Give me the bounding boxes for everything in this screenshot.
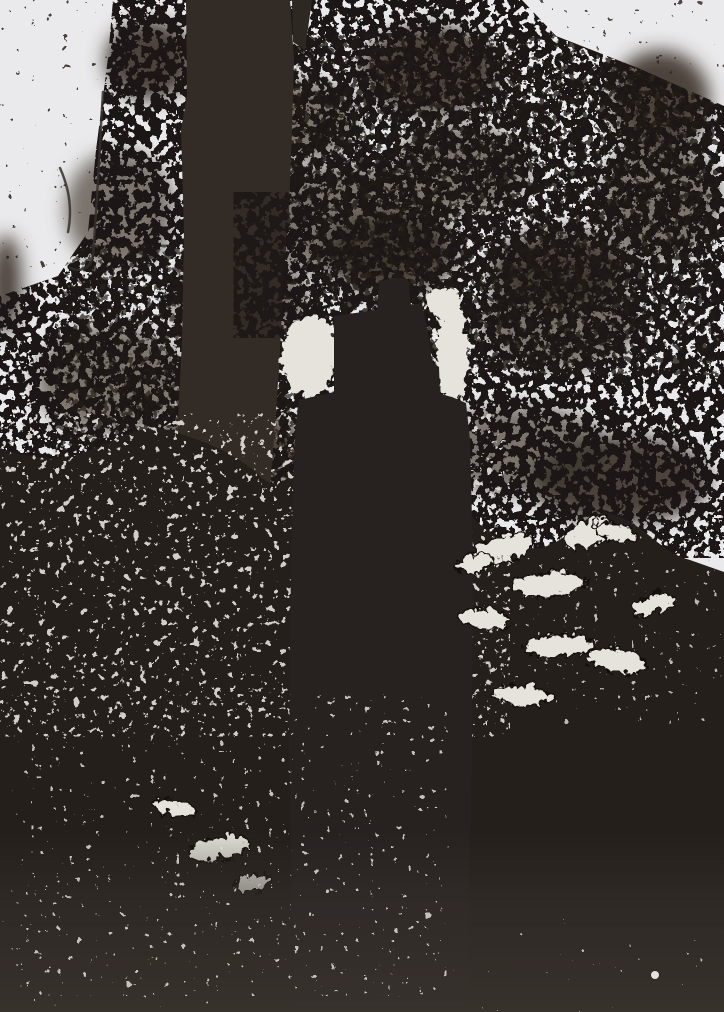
photo-canvas <box>0 0 724 1012</box>
sky-right-flecks <box>515 0 724 118</box>
photograph <box>0 0 724 1012</box>
ground-speckles-bottom <box>0 920 724 1012</box>
bright-ground-dot <box>651 971 659 979</box>
